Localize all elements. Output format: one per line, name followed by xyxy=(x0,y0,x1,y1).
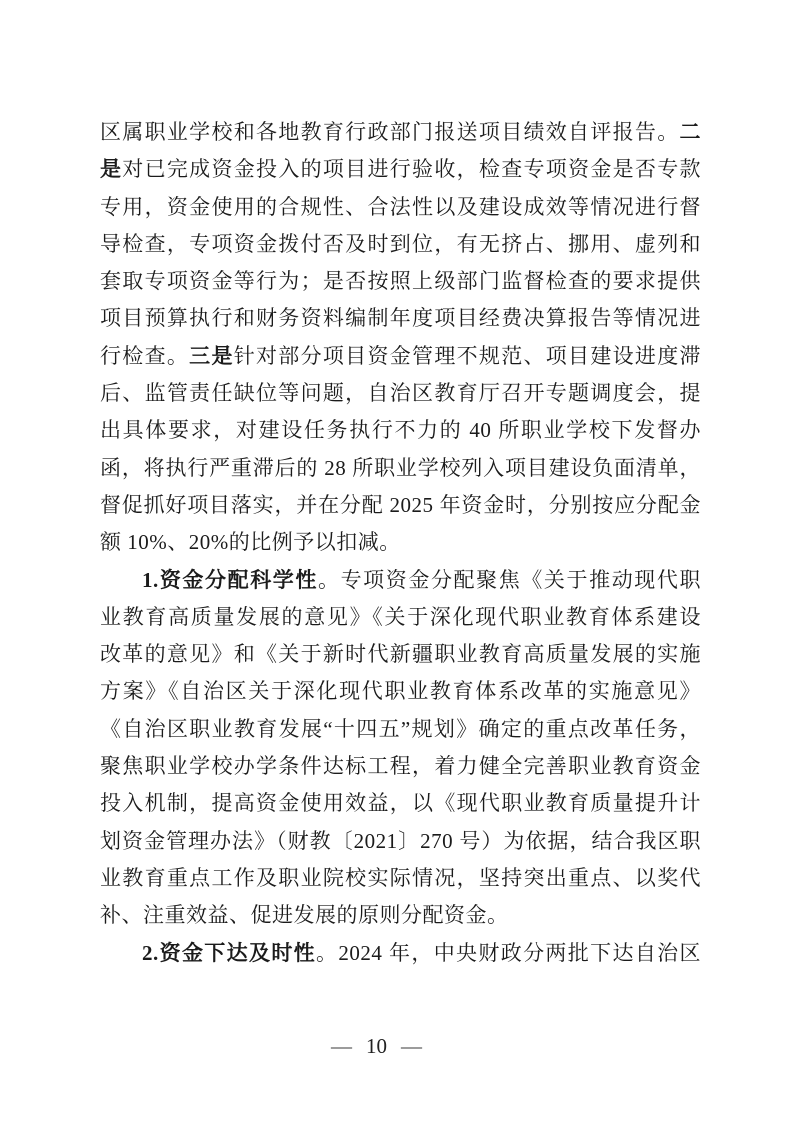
text-line: 督促抓好项目落实，并在分配 2025 年资金时，分别按应分配金 xyxy=(100,487,701,524)
body-text: 业教育重点工作及职业院校实际情况，坚持突出重点、以奖代 xyxy=(100,866,701,890)
page-number-dash-right: — xyxy=(401,1034,422,1058)
page-number: 10 xyxy=(366,1034,387,1058)
body-text: 出具体要求，对建设任务执行不力的 40 所职业学校下发督办 xyxy=(100,418,701,442)
text-line: 额 10%、20%的比例予以扣减。 xyxy=(100,524,701,561)
text-line: 项目预算执行和财务资料编制年度项目经费决算报告等情况进 xyxy=(100,300,701,337)
body-text: 项目预算执行和财务资料编制年度项目经费决算报告等情况进 xyxy=(100,306,701,330)
body-text: 划资金管理办法》（财教〔2021〕270 号）为依据，结合我区职 xyxy=(100,829,701,853)
emphasis-text: 1.资金分配科学性 xyxy=(142,568,318,592)
body-text: 督促抓好项目落实，并在分配 2025 年资金时，分别按应分配金 xyxy=(100,493,701,517)
body-text: 函，将执行严重滞后的 28 所职业学校列入项目建设负面清单， xyxy=(100,456,701,480)
text-line: 1.资金分配科学性。专项资金分配聚焦《关于推动现代职 xyxy=(100,562,701,599)
body-text: 导检查，专项资金拨付否及时到位，有无挤占、挪用、虚列和 xyxy=(100,232,701,256)
body-text: 针对部分项目资金管理不规范、项目建设进度滞 xyxy=(234,344,701,368)
text-line: 方案》《自治区关于深化现代职业教育体系改革的实施意见》 xyxy=(100,673,701,710)
text-line: 聚焦职业学校办学条件达标工程，着力健全完善职业教育资金 xyxy=(100,748,701,785)
body-text: 行检查。 xyxy=(100,344,189,368)
body-text: 区属职业学校和各地教育行政部门报送项目绩效自评报告。 xyxy=(100,120,680,144)
document-body: 区属职业学校和各地教育行政部门报送项目绩效自评报告。二是对已完成资金投入的项目进… xyxy=(100,114,701,972)
body-text: 。专项资金分配聚焦《关于推动现代职 xyxy=(318,568,701,592)
text-line: 专用，资金使用的合规性、合法性以及建设成效等情况进行督 xyxy=(100,189,701,226)
body-text: 聚焦职业学校办学条件达标工程，着力健全完善职业教育资金 xyxy=(100,754,701,778)
body-text: 额 10%、20%的比例予以扣减。 xyxy=(100,530,401,554)
body-text: 《自治区职业教育发展“十四五”规划》确定的重点改革任务， xyxy=(100,717,701,741)
text-line: 改革的意见》和《关于新时代新疆职业教育高质量发展的实施 xyxy=(100,636,701,673)
body-text: 套取专项资金等行为；是否按照上级部门监督检查的要求提供 xyxy=(100,269,701,293)
body-text: 后、监管责任缺位等问题，自治区教育厅召开专题调度会，提 xyxy=(100,381,701,405)
body-text: 投入机制，提高资金使用效益，以《现代职业教育质量提升计 xyxy=(100,791,701,815)
text-line: 导检查，专项资金拨付否及时到位，有无挤占、挪用、虚列和 xyxy=(100,226,701,263)
body-text: 专用，资金使用的合规性、合法性以及建设成效等情况进行督 xyxy=(100,195,701,219)
text-line: 业教育重点工作及职业院校实际情况，坚持突出重点、以奖代 xyxy=(100,860,701,897)
emphasis-text: 二 xyxy=(680,120,702,144)
text-line: 函，将执行严重滞后的 28 所职业学校列入项目建设负面清单， xyxy=(100,450,701,487)
body-text: 业教育高质量发展的意见》《关于深化现代职业教育体系建设 xyxy=(100,605,701,629)
emphasis-text: 是 xyxy=(100,157,122,181)
text-line: 出具体要求，对建设任务执行不力的 40 所职业学校下发督办 xyxy=(100,412,701,449)
body-text: 对已完成资金投入的项目进行验收，检查专项资金是否专款 xyxy=(122,157,701,181)
emphasis-text: 三是 xyxy=(189,344,234,368)
text-line: 行检查。三是针对部分项目资金管理不规范、项目建设进度滞 xyxy=(100,338,701,375)
body-text: 方案》《自治区关于深化现代职业教育体系改革的实施意见》 xyxy=(100,679,701,703)
text-line: 套取专项资金等行为；是否按照上级部门监督检查的要求提供 xyxy=(100,263,701,300)
text-line: 后、监管责任缺位等问题，自治区教育厅召开专题调度会，提 xyxy=(100,375,701,412)
text-line: 划资金管理办法》（财教〔2021〕270 号）为依据，结合我区职 xyxy=(100,823,701,860)
body-text: 补、注重效益、促进发展的原则分配资金。 xyxy=(100,903,509,927)
text-line: 区属职业学校和各地教育行政部门报送项目绩效自评报告。二 xyxy=(100,114,701,151)
page-number-dash-left: — xyxy=(331,1034,352,1058)
text-line: 是对已完成资金投入的项目进行验收，检查专项资金是否专款 xyxy=(100,151,701,188)
text-line: 2.资金下达及时性。2024 年，中央财政分两批下达自治区 xyxy=(100,935,701,972)
body-text: 改革的意见》和《关于新时代新疆职业教育高质量发展的实施 xyxy=(100,642,701,666)
text-line: 《自治区职业教育发展“十四五”规划》确定的重点改革任务， xyxy=(100,711,701,748)
text-line: 补、注重效益、促进发展的原则分配资金。 xyxy=(100,897,701,934)
page-footer: —10— xyxy=(0,1033,753,1059)
body-text: 。2024 年，中央财政分两批下达自治区 xyxy=(316,941,701,965)
text-line: 业教育高质量发展的意见》《关于深化现代职业教育体系建设 xyxy=(100,599,701,636)
document-page: 区属职业学校和各地教育行政部门报送项目绩效自评报告。二是对已完成资金投入的项目进… xyxy=(0,0,793,1122)
emphasis-text: 2.资金下达及时性 xyxy=(142,941,316,965)
text-line: 投入机制，提高资金使用效益，以《现代职业教育质量提升计 xyxy=(100,785,701,822)
